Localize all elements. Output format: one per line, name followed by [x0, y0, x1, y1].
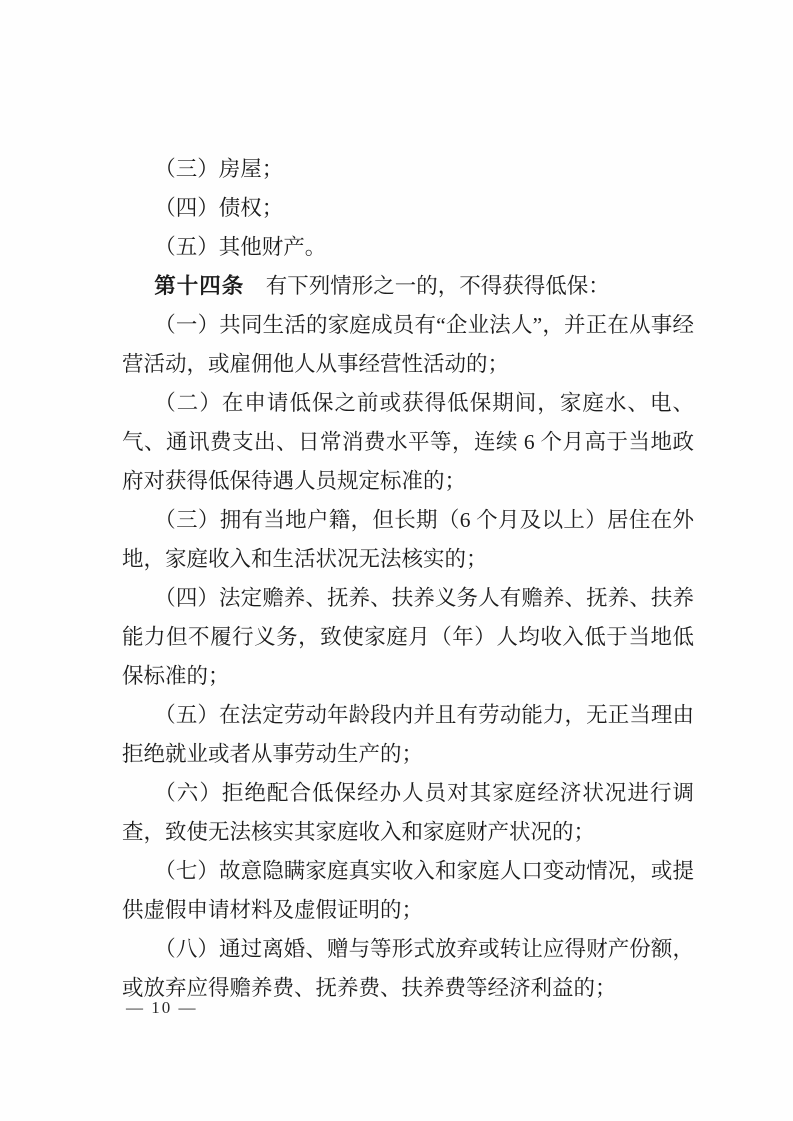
clause-4: （四）法定赡养、抚养、扶养义务人有赡养、抚养、扶养能力但不履行义务，致使家庭月（…	[122, 579, 694, 696]
clause-6: （六）拒绝配合低保经办人员对其家庭经济状况进行调查，致使无法核实其家庭收入和家庭…	[122, 774, 694, 852]
article-heading-paragraph: 第十四条有下列情形之一的，不得获得低保：	[122, 267, 694, 306]
clause-2: （二）在申请低保之前或获得低保期间，家庭水、电、气、通讯费支出、日常消费水平等，…	[122, 384, 694, 501]
list-item-4: （四）债权；	[122, 189, 694, 228]
document-body: （三）房屋； （四）债权； （五）其他财产。 第十四条有下列情形之一的，不得获得…	[122, 150, 694, 1008]
clause-8: （八）通过离婚、赠与等形式放弃或转让应得财产份额，或放弃应得赡养费、抚养费、扶养…	[122, 930, 694, 1008]
page-number: — 10 —	[126, 996, 198, 1020]
list-item-3: （三）房屋；	[122, 150, 694, 189]
clause-1: （一）共同生活的家庭成员有“企业法人”，并正在从事经营活动，或雇佣他人从事经营性…	[122, 306, 694, 384]
document-page: （三）房屋； （四）债权； （五）其他财产。 第十四条有下列情形之一的，不得获得…	[0, 0, 793, 1121]
clause-3: （三）拥有当地户籍，但长期（6 个月及以上）居住在外地，家庭收入和生活状况无法核…	[122, 501, 694, 579]
article-number: 第十四条	[154, 274, 244, 298]
article-heading-text: 有下列情形之一的，不得获得低保：	[266, 274, 610, 298]
list-item-5: （五）其他财产。	[122, 228, 694, 267]
clause-7: （七）故意隐瞒家庭真实收入和家庭人口变动情况，或提供虚假申请材料及虚假证明的；	[122, 852, 694, 930]
clause-5: （五）在法定劳动年龄段内并且有劳动能力，无正当理由拒绝就业或者从事劳动生产的；	[122, 696, 694, 774]
